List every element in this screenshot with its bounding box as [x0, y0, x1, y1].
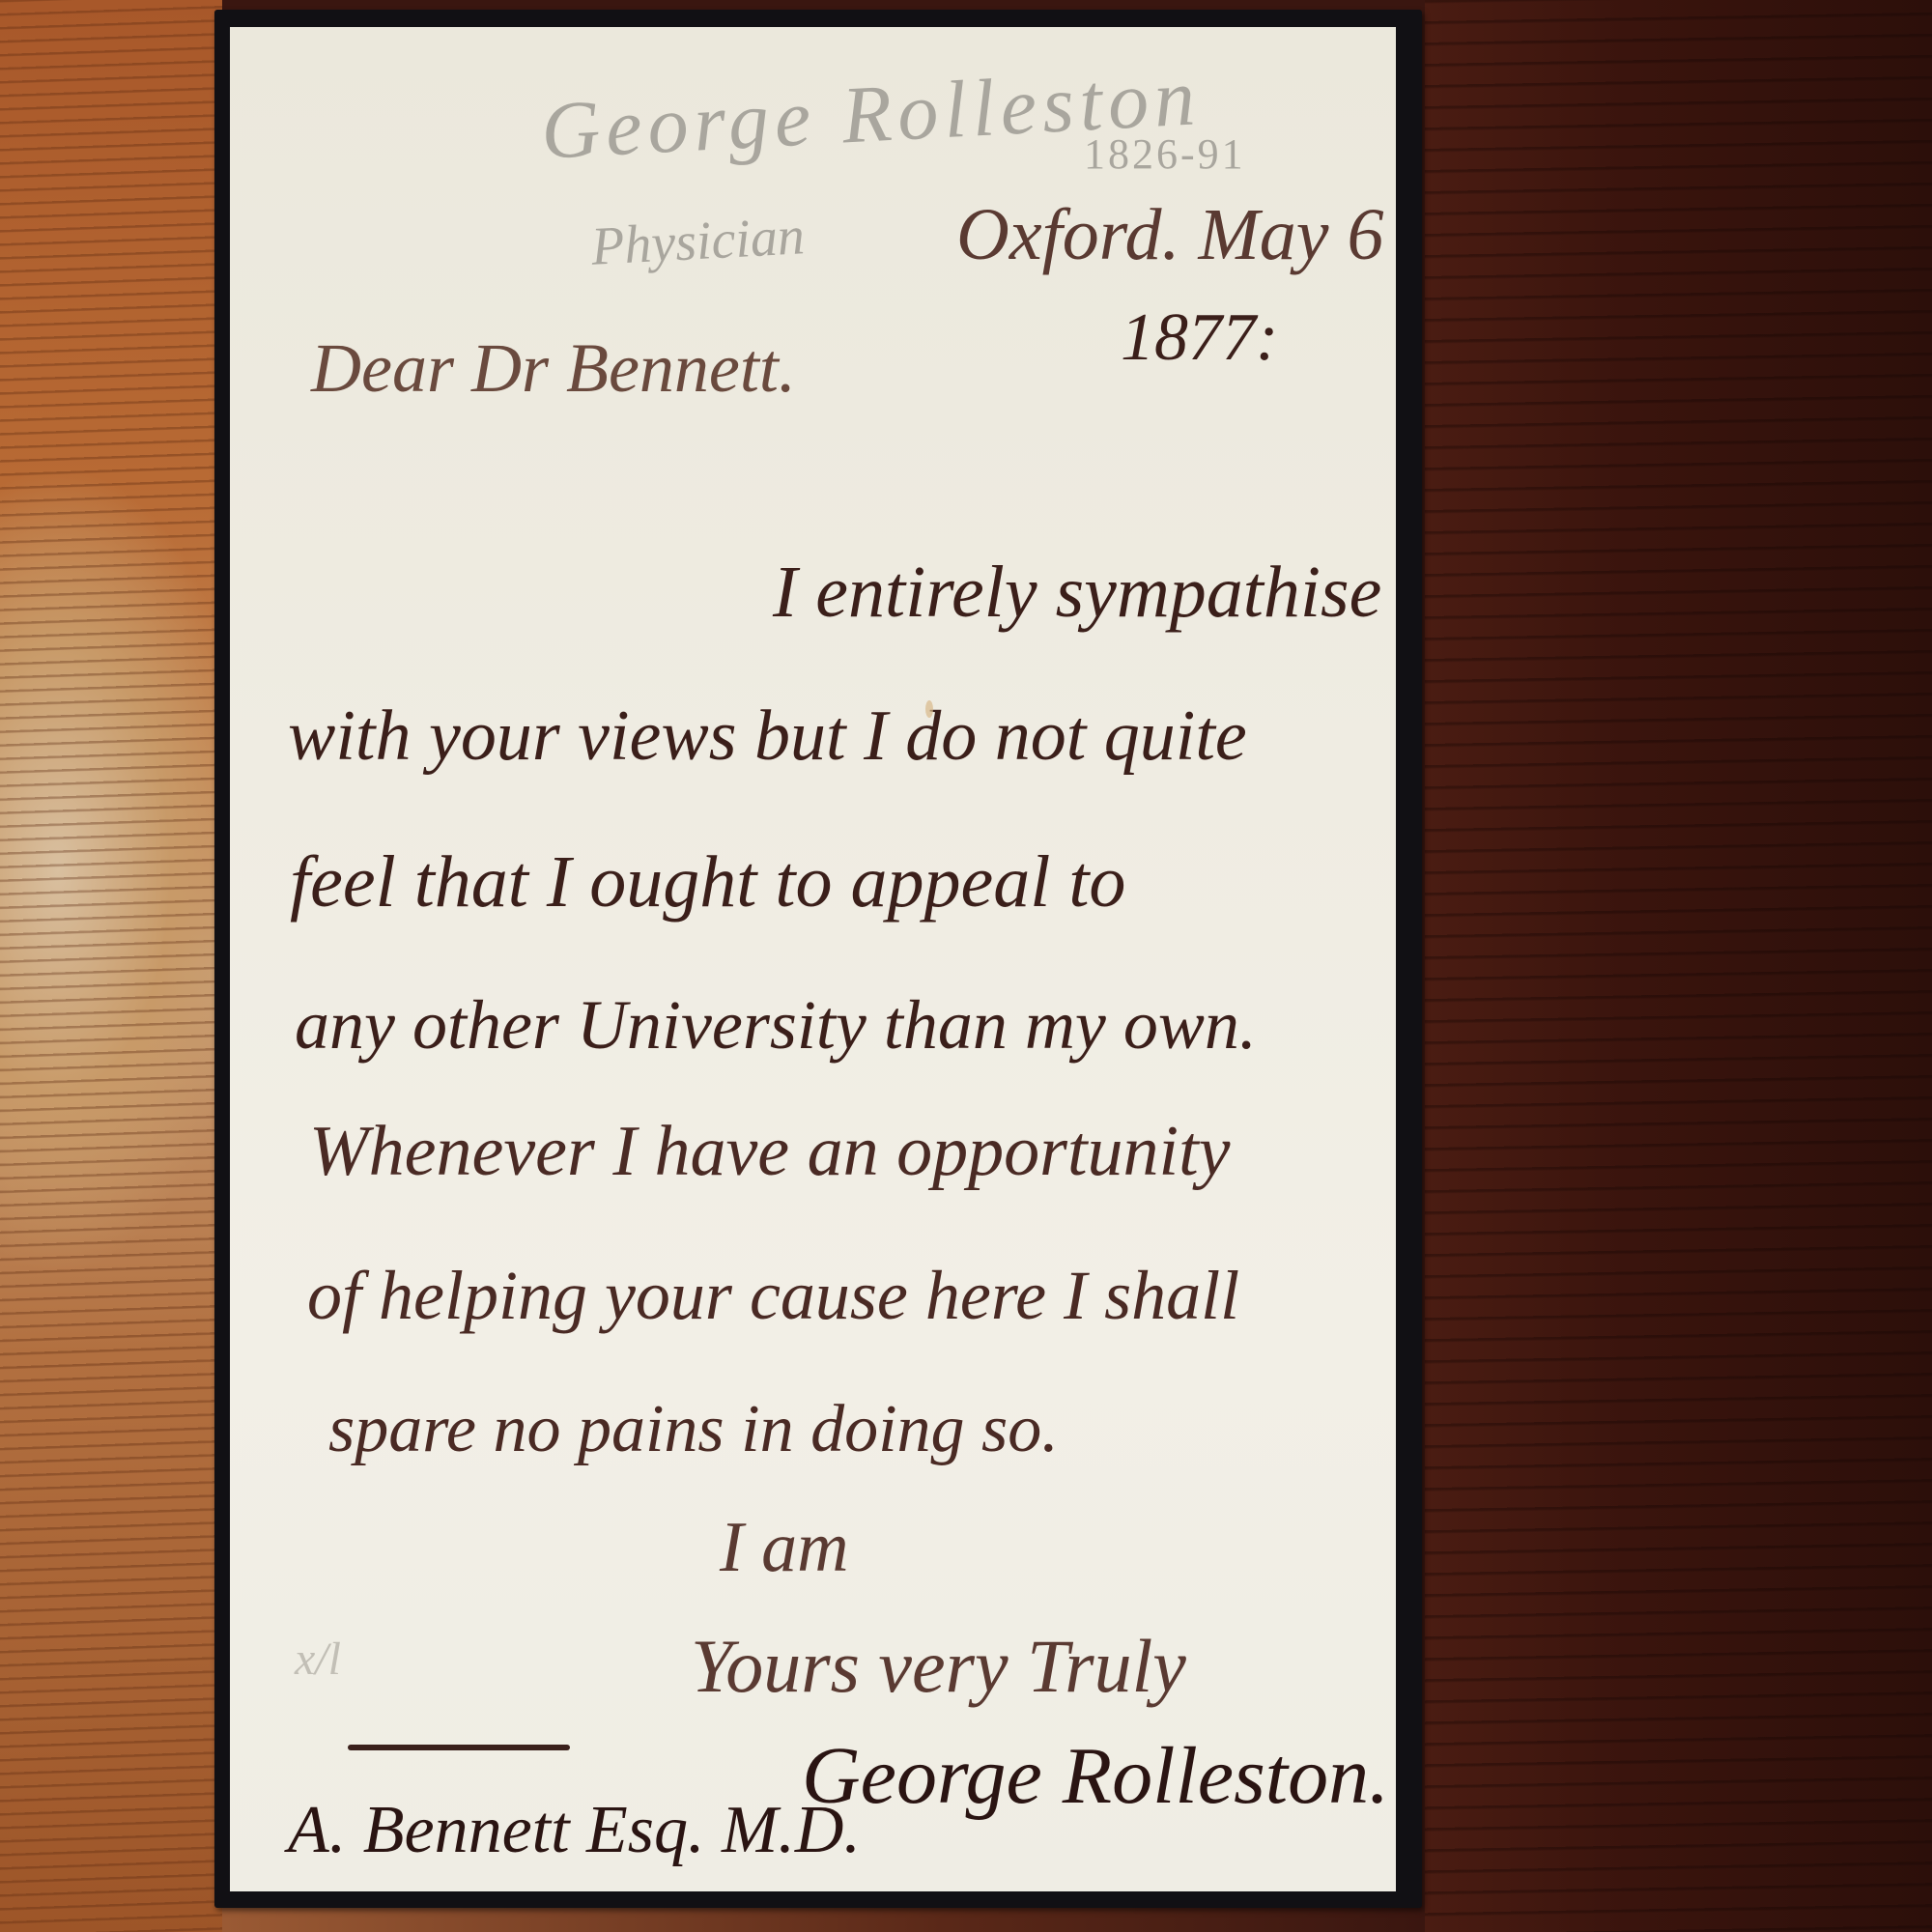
body-line-6: of helping your cause here I shall [307, 1256, 1239, 1336]
paper-foxing-spot [925, 700, 933, 718]
addressee-rule [348, 1745, 570, 1750]
signature: George Rolleston. [802, 1729, 1389, 1823]
body-line-3: feel that I ought to appeal to [290, 840, 1125, 924]
body-line-5: Whenever I have an opportunity [309, 1111, 1230, 1193]
wood-table-bottom [222, 1908, 1425, 1932]
body-line-4: any other University than my own. [295, 985, 1257, 1065]
letter-year: 1877: [1121, 299, 1278, 377]
letter-salutation: Dear Dr Bennett. [311, 328, 796, 409]
addressee: A. Bennett Esq. M.D. [288, 1792, 861, 1869]
body-line-7: spare no pains in doing so. [328, 1391, 1059, 1468]
pencil-profession-annotation: Physician [589, 205, 806, 277]
pencil-margin-mark: x/l [295, 1633, 341, 1686]
closing-yours-very-truly: Yours very Truly [691, 1623, 1186, 1710]
pencil-dates-annotation: 1826-91 [1084, 129, 1246, 179]
wood-table-left [0, 0, 222, 1932]
wood-table-right [1425, 0, 1932, 1932]
body-line-1: I entirely sympathise [773, 551, 1381, 635]
body-line-2: with your views but I do not quite [288, 696, 1247, 778]
closing-i-am: I am [720, 1507, 849, 1589]
letter-place-date: Oxford. May 6 [956, 193, 1384, 277]
